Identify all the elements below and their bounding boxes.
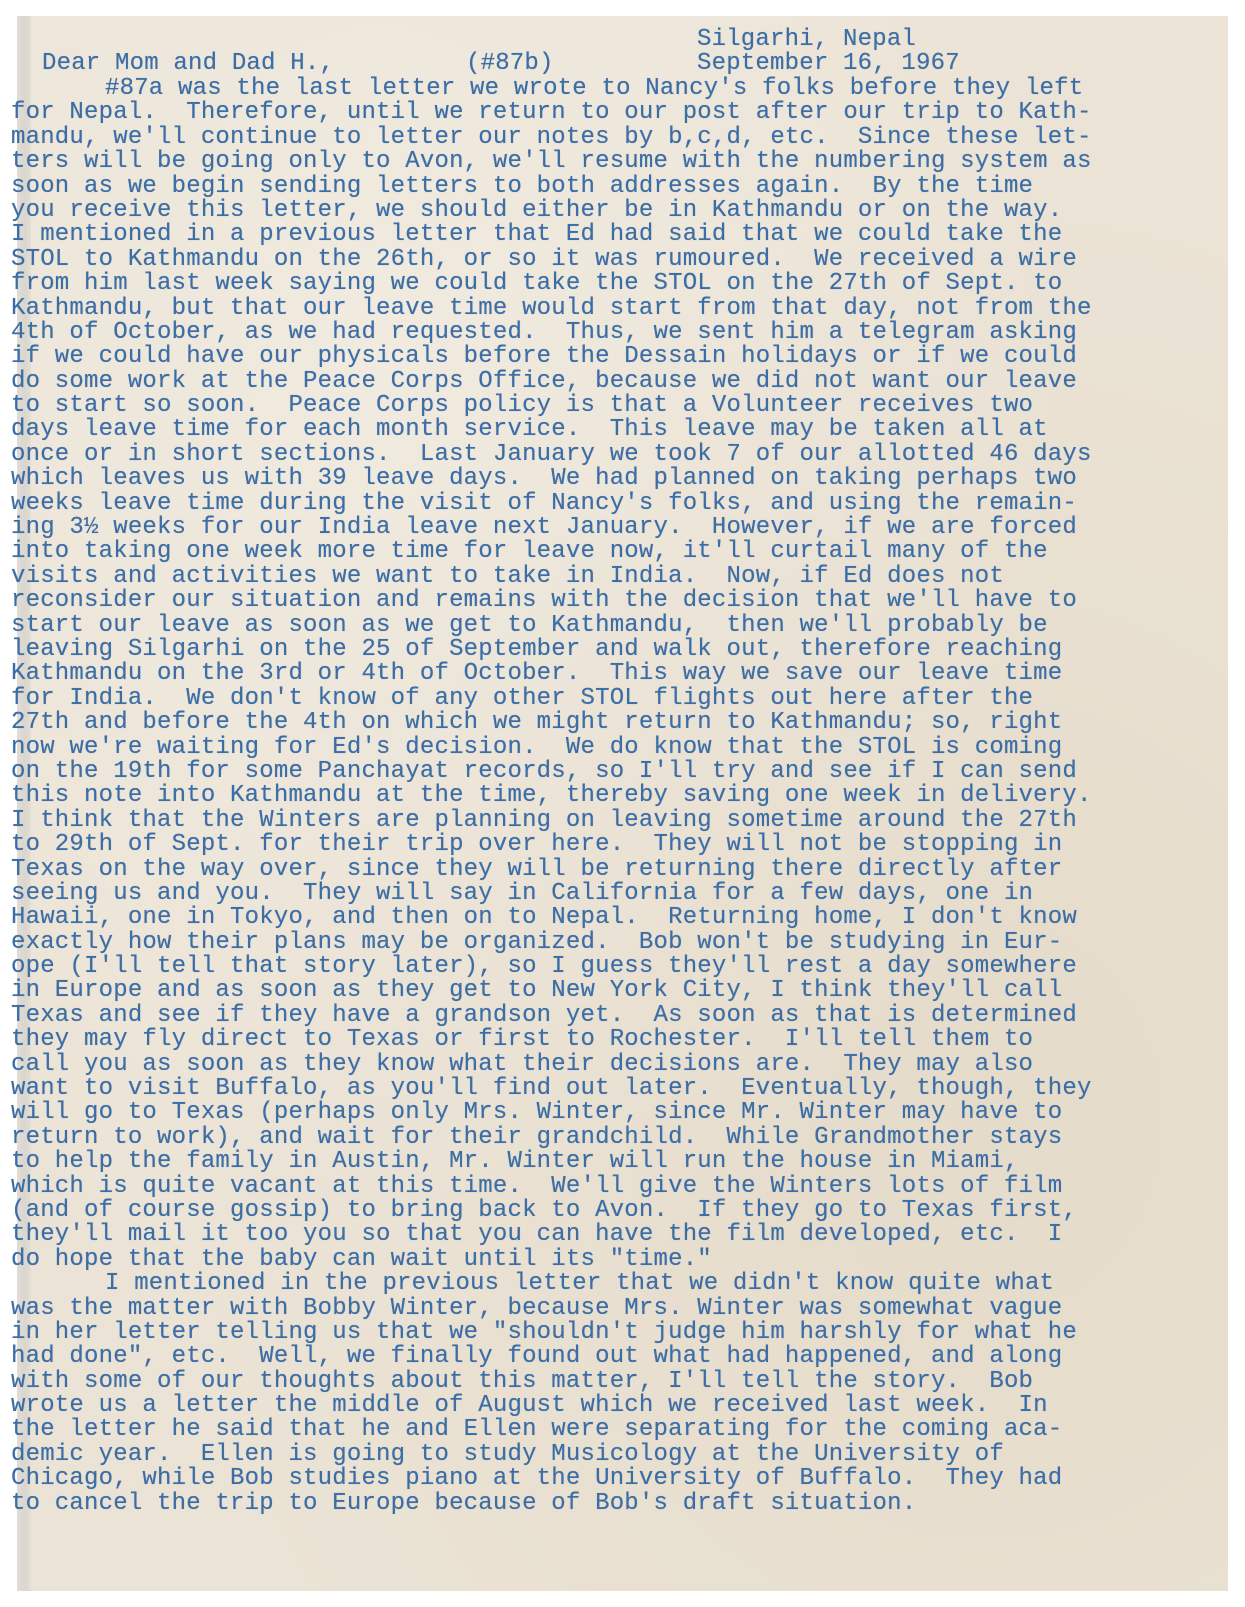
letter-date: September 16, 1967 <box>697 52 960 76</box>
letter-number: (#87b) <box>466 52 554 76</box>
text-line: to start so soon. Peace Corps policy is … <box>11 394 1092 418</box>
text-line: #87a was the last letter we wrote to Nan… <box>11 77 1092 101</box>
text-line: I mentioned in the previous letter that … <box>11 1272 1092 1296</box>
text-line: ope (I'll tell that story later), so I g… <box>11 955 1092 979</box>
text-line: call you as soon as they know what their… <box>11 1053 1092 1077</box>
text-line: for India. We don't know of any other ST… <box>11 687 1092 711</box>
text-line: they may fly direct to Texas or first to… <box>11 1028 1092 1052</box>
text-line: to 29th of Sept. for their trip over her… <box>11 833 1092 857</box>
salutation: Dear Mom and Dad H., <box>42 52 334 76</box>
text-line: Texas on the way over, since they will b… <box>11 858 1092 882</box>
text-line: into taking one week more time for leave… <box>11 540 1092 564</box>
text-line: do hope that the baby can wait until its… <box>11 1248 1092 1272</box>
text-line: 4th of October, as we had requested. Thu… <box>11 321 1092 345</box>
text-line: they'll mail it too you so that you can … <box>11 1223 1092 1247</box>
text-line: (and of course gossip) to bring back to … <box>11 1199 1092 1223</box>
text-line: on the 19th for some Panchayat records, … <box>11 760 1092 784</box>
text-line: visits and activities we want to take in… <box>11 565 1092 589</box>
text-line: this note into Kathmandu at the time, th… <box>11 784 1092 808</box>
text-line: had done", etc. Well, we finally found o… <box>11 1345 1092 1369</box>
text-line: Texas and see if they have a grandson ye… <box>11 1004 1092 1028</box>
letter-place: Silgarhi, Nepal <box>697 28 916 52</box>
text-line: I mentioned in a previous letter that Ed… <box>11 223 1092 247</box>
text-line: weeks leave time during the visit of Nan… <box>11 492 1092 516</box>
text-line: STOL to Kathmandu on the 26th, or so it … <box>11 248 1092 272</box>
text-line: start our leave as soon as we get to Kat… <box>11 614 1092 638</box>
text-line: 27th and before the 4th on which we migh… <box>11 711 1092 735</box>
text-line: soon as we begin sending letters to both… <box>11 175 1092 199</box>
text-line: exactly how their plans may be organized… <box>11 931 1092 955</box>
letter-body: #87a was the last letter we wrote to Nan… <box>11 77 1092 1516</box>
text-line: seeing us and you. They will say in Cali… <box>11 882 1092 906</box>
text-line: in her letter telling us that we "should… <box>11 1321 1092 1345</box>
text-line: in Europe and as soon as they get to New… <box>11 979 1092 1003</box>
text-line: do some work at the Peace Corps Office, … <box>11 370 1092 394</box>
text-line: I think that the Winters are planning on… <box>11 809 1092 833</box>
text-line: ing 3½ weeks for our India leave next Ja… <box>11 516 1092 540</box>
text-line: Kathmandu on the 3rd or 4th of October. … <box>11 662 1092 686</box>
text-line: Chicago, while Bob studies piano at the … <box>11 1467 1092 1491</box>
text-line: reconsider our situation and remains wit… <box>11 589 1092 613</box>
text-line: return to work), and wait for their gran… <box>11 1126 1092 1150</box>
text-line: once or in short sections. Last January … <box>11 443 1092 467</box>
text-line: now we're waiting for Ed's decision. We … <box>11 736 1092 760</box>
text-line: which is quite vacant at this time. We'l… <box>11 1175 1092 1199</box>
text-line: the letter he said that he and Ellen wer… <box>11 1418 1092 1442</box>
text-line: Hawaii, one in Tokyo, and then on to Nep… <box>11 906 1092 930</box>
text-line: for Nepal. Therefore, until we return to… <box>11 101 1092 125</box>
text-line: which leaves us with 39 leave days. We h… <box>11 467 1092 491</box>
text-line: want to visit Buffalo, as you'll find ou… <box>11 1077 1092 1101</box>
text-line: wrote us a letter the middle of August w… <box>11 1394 1092 1418</box>
text-line: will go to Texas (perhaps only Mrs. Wint… <box>11 1101 1092 1125</box>
text-line: Kathmandu, but that our leave time would… <box>11 297 1092 321</box>
text-line: from him last week saying we could take … <box>11 272 1092 296</box>
text-line: was the matter with Bobby Winter, becaus… <box>11 1297 1092 1321</box>
text-line: days leave time for each month service. … <box>11 418 1092 442</box>
text-line: demic year. Ellen is going to study Musi… <box>11 1443 1092 1467</box>
text-line: with some of our thoughts about this mat… <box>11 1370 1092 1394</box>
text-line: to help the family in Austin, Mr. Winter… <box>11 1150 1092 1174</box>
text-line: ters will be going only to Avon, we'll r… <box>11 150 1092 174</box>
text-line: you receive this letter, we should eithe… <box>11 199 1092 223</box>
text-line: mandu, we'll continue to letter our note… <box>11 126 1092 150</box>
text-line: to cancel the trip to Europe because of … <box>11 1492 1092 1516</box>
text-line: if we could have our physicals before th… <box>11 345 1092 369</box>
text-line: leaving Silgarhi on the 25 of September … <box>11 638 1092 662</box>
